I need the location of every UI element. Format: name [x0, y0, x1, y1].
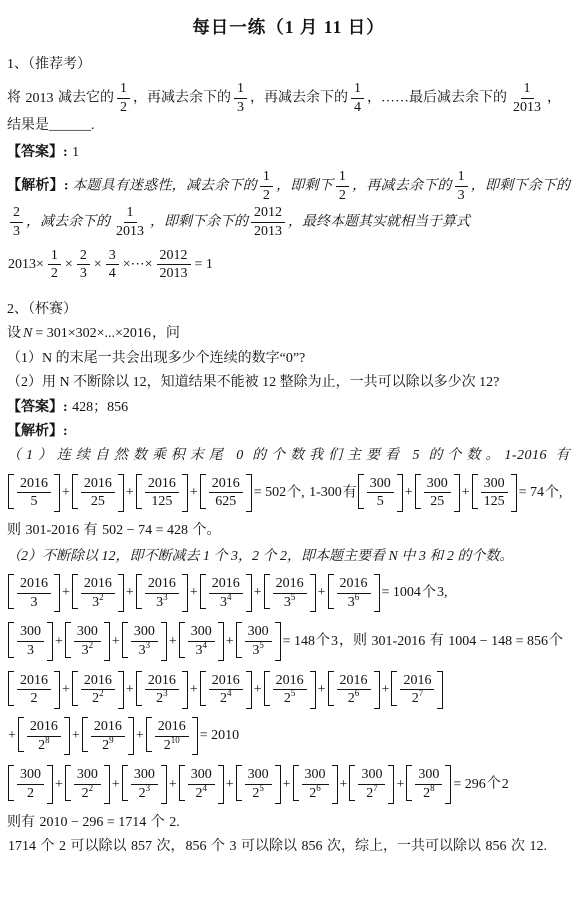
- fraction: 12: [336, 169, 349, 203]
- problem-2-answer: 【答案】: 428；856: [7, 397, 570, 419]
- fraction: 2016625: [206, 474, 246, 512]
- formula-floor-threes-300: 3003+30032+30033+30034+30035= 148个3，则 30…: [7, 620, 570, 662]
- text-run: 可以除以: [238, 839, 301, 854]
- text-run: 则有: [7, 815, 39, 830]
- formula-floor-threes-2016: 20163+201632+201633+201634+201635+201636…: [7, 572, 570, 614]
- floor-bracket-term: 20163: [8, 574, 60, 612]
- math-run: +: [61, 682, 71, 697]
- math-run: +: [225, 634, 235, 649]
- section-label: 【答案】:: [7, 145, 71, 160]
- fraction: 201625: [270, 671, 310, 709]
- fraction: 201622: [78, 671, 118, 709]
- math-run: 3: [229, 839, 238, 854]
- text-run: ，再减去余下的: [352, 178, 452, 193]
- fraction: 12013: [113, 205, 147, 239]
- page-title: 每日一练（1 月 11 日）: [7, 14, 570, 39]
- math-run: +: [381, 682, 391, 697]
- fraction: 14: [351, 81, 364, 115]
- floor-bracket-term: 201627: [391, 671, 443, 709]
- math-run: +: [168, 777, 178, 792]
- problem-2-analysis-label: 【解析】:: [7, 421, 570, 443]
- floor-bracket-term: 201625: [72, 474, 124, 512]
- fraction: 30026: [299, 765, 332, 803]
- math-run: +: [7, 728, 17, 743]
- fraction: 201629: [88, 717, 128, 755]
- section-label: 【解析】:: [7, 424, 68, 439]
- fraction: 12: [260, 169, 273, 203]
- text-run: 个: [37, 839, 58, 854]
- fraction: 23: [10, 205, 23, 239]
- math-run: 502 − 74 = 428: [101, 523, 189, 538]
- math-run: +: [125, 485, 135, 500]
- math-run: +: [225, 777, 235, 792]
- math-run: ×⋯×: [122, 257, 154, 272]
- floor-bracket-term: 201634: [200, 574, 252, 612]
- fraction: 20162: [14, 671, 54, 709]
- fraction: 30025: [242, 765, 275, 803]
- floor-bracket-term: 20165: [8, 474, 60, 512]
- math-run: ×: [64, 257, 74, 272]
- problem-2-conclusion-twos: 则有 2010 − 296 = 1714 个 2.: [7, 812, 570, 834]
- math-run: 857: [130, 839, 153, 854]
- math-run: = 74: [518, 485, 545, 500]
- floor-bracket-term: 201624: [200, 671, 252, 709]
- section-label: 【解析】:: [7, 178, 72, 193]
- floor-bracket-term: 30024: [179, 765, 224, 803]
- math-run: = 1: [194, 257, 214, 272]
- fraction: 30034: [185, 622, 218, 660]
- math-run: = 296: [452, 777, 486, 792]
- math-run: 428；856: [71, 400, 129, 415]
- text-run: 个。: [189, 523, 221, 538]
- math-run: 3: [330, 634, 339, 649]
- fraction: 201634: [206, 574, 246, 612]
- fraction: 12: [48, 248, 61, 282]
- fraction: 23: [77, 248, 90, 282]
- floor-bracket-term: 3003: [8, 622, 53, 660]
- fraction: 3002: [14, 765, 47, 803]
- text-run: 个: [208, 839, 229, 854]
- text-run: 将: [7, 91, 25, 106]
- math-run: +: [61, 585, 71, 600]
- floor-bracket-term: 2016210: [146, 717, 198, 755]
- formula-floor-twos-2016-line1: 20162+201622+201623+201624+201625+201626…: [7, 669, 570, 711]
- text-run: ，再减去余下的: [250, 91, 348, 106]
- math-run: +: [317, 585, 327, 600]
- math-run: 856: [185, 839, 208, 854]
- math-run: = 1004: [381, 585, 422, 600]
- math-run: +: [282, 777, 292, 792]
- math-run: 856: [485, 839, 508, 854]
- problem-1-final-formula: 2013×12×23×34×⋯×20122013= 1: [7, 247, 570, 283]
- floor-bracket-term: 3002: [8, 765, 53, 803]
- text-run: 有: [343, 485, 357, 500]
- text-run: 个: [316, 634, 330, 649]
- math-run: 301-2016: [25, 523, 81, 538]
- floor-bracket-term: 201633: [136, 574, 188, 612]
- math-run: 2010 − 296 = 1714: [39, 815, 148, 830]
- math-run: = 2010: [199, 728, 240, 743]
- formula-floor-fives: 20165+201625+2016125+2016625= 502个, 1-30…: [7, 472, 570, 514]
- text-run: 个: [422, 585, 436, 600]
- fraction: 3005: [364, 474, 397, 512]
- math-run: +: [253, 682, 263, 697]
- floor-bracket-term: 2016125: [136, 474, 188, 512]
- fraction: 13: [455, 169, 468, 203]
- text-run: ，问: [152, 326, 180, 341]
- math-run: +: [317, 682, 327, 697]
- text-run: ，最终本题其实就相当于算式: [288, 215, 470, 230]
- section-label: 【答案】:: [7, 400, 71, 415]
- document-page: 每日一练（1 月 11 日） 1、（推荐考） 将 2013 减去它的12，再减去…: [0, 0, 580, 899]
- math-run: 2: [501, 777, 510, 792]
- floor-bracket-term: 30034: [179, 622, 224, 660]
- fraction: 30024: [185, 765, 218, 803]
- text-run: 减去它的: [55, 91, 115, 106]
- math-run: 2013×: [7, 257, 45, 272]
- math-run: = 301×302×...×2016: [34, 326, 152, 341]
- floor-bracket-term: 201623: [136, 671, 188, 709]
- fraction: 20163: [14, 574, 54, 612]
- fraction: 12013: [510, 81, 544, 115]
- fraction: 201625: [78, 474, 118, 512]
- floor-bracket-term: 201628: [18, 717, 70, 755]
- fraction: 30035: [242, 622, 275, 660]
- fraction: 30033: [128, 622, 161, 660]
- math-run: +: [395, 777, 405, 792]
- problem-2-part1-conclusion: 则 301-2016 有 502 − 74 = 428 个。: [7, 520, 570, 542]
- fraction: 201636: [334, 574, 374, 612]
- math-run: 301-2016: [371, 634, 427, 649]
- math-run: +: [339, 777, 349, 792]
- problem-1: 1、（推荐考） 将 2013 减去它的12，再减去余下的13，再减去余下的14，…: [7, 54, 570, 283]
- floor-bracket-term: 300125: [472, 474, 517, 512]
- text-run: ，即剩下: [276, 178, 333, 193]
- problem-2-part1-intro: （1）连续自然数乘积末尾 0 的个数我们主要看 5 的个数。1-2016 有: [7, 445, 570, 467]
- fraction: 12: [117, 81, 130, 115]
- math-run: +: [189, 585, 199, 600]
- math-run: +: [189, 485, 199, 500]
- text-run: ，减去余下的: [26, 215, 110, 230]
- fraction: 30022: [71, 765, 104, 803]
- fraction: 201626: [334, 671, 374, 709]
- math-run: +: [61, 485, 71, 500]
- fraction: 30027: [355, 765, 388, 803]
- fraction: 30025: [421, 474, 454, 512]
- fraction: 2016210: [152, 717, 192, 755]
- formula-floor-twos-2016-line2: +201628+201629+2016210= 2010: [7, 715, 570, 757]
- text-run: 设: [7, 326, 21, 341]
- floor-bracket-term: 30023: [122, 765, 167, 803]
- math-run: +: [125, 682, 135, 697]
- text-run: ，即剩下余下的: [150, 215, 248, 230]
- math-run: +: [135, 728, 145, 743]
- text-run: 次，: [153, 839, 185, 854]
- fraction: 34: [106, 248, 119, 282]
- problem-2-question-1: （1）N 的末尾一共会出现多少个连续的数字“0”?: [7, 348, 570, 370]
- fraction: 201633: [142, 574, 182, 612]
- fraction: 201624: [206, 671, 246, 709]
- floor-bracket-term: 201632: [72, 574, 124, 612]
- text-run: ，即剩下余下的: [471, 178, 570, 193]
- math-run: +: [253, 585, 263, 600]
- math-run: ×: [93, 257, 103, 272]
- math-run: = 148: [282, 634, 316, 649]
- text-run: 有: [80, 523, 101, 538]
- problem-2: 2、（杯赛） 设N= 301×302×...×2016，问 （1）N 的末尾一共…: [7, 299, 570, 858]
- text-run: ，……最后减去余下的: [367, 91, 507, 106]
- text-run: 个: [487, 777, 501, 792]
- fraction: 30023: [128, 765, 161, 803]
- floor-bracket-term: 201635: [264, 574, 316, 612]
- math-run: +: [71, 728, 81, 743]
- fraction: 3003: [14, 622, 47, 660]
- text-run: ，则: [339, 634, 371, 649]
- floor-bracket-term: 30032: [65, 622, 110, 660]
- fraction: 30032: [71, 622, 104, 660]
- fraction: 20122013: [251, 205, 285, 239]
- math-var: N: [21, 326, 34, 341]
- fraction: 201623: [142, 671, 182, 709]
- problem-2-question-2: （2）用 N 不断除以 12，知道结果不能被 12 整除为止，一共可以除以多少次…: [7, 372, 570, 394]
- fraction: 201632: [78, 574, 118, 612]
- text-run: 个: [549, 634, 563, 649]
- math-run: 2.: [168, 815, 181, 830]
- math-run: 3,: [436, 585, 449, 600]
- problem-2-part2-intro: （2）不断除以 12，即不断减去 1 个 3，2 个 2，即本题主要看 N 中 …: [7, 546, 570, 568]
- text-run: 个: [147, 815, 168, 830]
- text-run: 个,: [287, 485, 308, 500]
- math-run: +: [111, 777, 121, 792]
- floor-bracket-term: 30027: [349, 765, 394, 803]
- fraction: 201628: [24, 717, 64, 755]
- fraction: 2016125: [142, 474, 182, 512]
- floor-bracket-term: 201629: [82, 717, 134, 755]
- math-run: = 502: [253, 485, 287, 500]
- problem-1-statement: 将 2013 减去它的12，再减去余下的13，再减去余下的14，……最后减去余下…: [7, 80, 570, 135]
- problem-1-analysis: 【解析】: 本题具有迷惑性，减去余下的12，即剩下12，再减去余下的13，即剩下…: [7, 168, 570, 241]
- floor-bracket-term: 2016625: [200, 474, 252, 512]
- floor-bracket-term: 30025: [236, 765, 281, 803]
- floor-bracket-term: 201626: [328, 671, 380, 709]
- fraction: 13: [234, 81, 247, 115]
- text-run: 本题具有迷惑性，减去余下的: [72, 178, 257, 193]
- text-run: 则: [7, 523, 25, 538]
- math-run: +: [54, 777, 64, 792]
- math-run: 856: [301, 839, 324, 854]
- floor-bracket-term: 201636: [328, 574, 380, 612]
- floor-bracket-term: 20162: [8, 671, 60, 709]
- math-run: +: [125, 585, 135, 600]
- text-run: ，再减去余下的: [133, 91, 231, 106]
- math-run: 1004 − 148 = 856: [447, 634, 549, 649]
- floor-bracket-term: 30026: [293, 765, 338, 803]
- fraction: 20165: [14, 474, 54, 512]
- problem-2-setup: 设N= 301×302×...×2016，问: [7, 323, 570, 345]
- math-run: +: [54, 634, 64, 649]
- math-run: 12.: [529, 839, 549, 854]
- math-run: 1714: [7, 839, 37, 854]
- math-run: 1-300: [308, 485, 343, 500]
- floor-bracket-term: 30025: [415, 474, 460, 512]
- floor-bracket-term: 30028: [406, 765, 451, 803]
- fraction: 20122013: [157, 248, 191, 282]
- math-run: +: [461, 485, 471, 500]
- formula-floor-twos-300: 3002+30022+30023+30024+30025+30026+30027…: [7, 763, 570, 805]
- text-run: 次: [508, 839, 529, 854]
- fraction: 30028: [412, 765, 445, 803]
- math-run: +: [111, 634, 121, 649]
- floor-bracket-term: 201622: [72, 671, 124, 709]
- fraction: 201635: [270, 574, 310, 612]
- text-run: 次，综上，一共可以除以: [324, 839, 485, 854]
- problem-2-final-conclusion: 1714 个 2 可以除以 857 次，856 个 3 可以除以 856 次，综…: [7, 836, 570, 858]
- text-run: 个,: [545, 485, 563, 500]
- fraction: 300125: [478, 474, 511, 512]
- math-run: 2: [58, 839, 67, 854]
- text-run: 有: [426, 634, 447, 649]
- floor-bracket-term: 30022: [65, 765, 110, 803]
- problem-1-heading: 1、（推荐考）: [7, 54, 570, 76]
- math-run: +: [168, 634, 178, 649]
- problem-2-heading: 2、（杯赛）: [7, 299, 570, 321]
- math-run: 2013: [25, 91, 55, 106]
- text-run: 可以除以: [67, 839, 130, 854]
- floor-bracket-term: 30033: [122, 622, 167, 660]
- problem-1-answer: 【答案】: 1: [7, 142, 570, 164]
- floor-bracket-term: 30035: [236, 622, 281, 660]
- floor-bracket-term: 201625: [264, 671, 316, 709]
- math-run: +: [189, 682, 199, 697]
- math-run: +: [404, 485, 414, 500]
- floor-bracket-term: 3005: [358, 474, 403, 512]
- fraction: 201627: [397, 671, 437, 709]
- math-run: 1: [71, 145, 80, 160]
